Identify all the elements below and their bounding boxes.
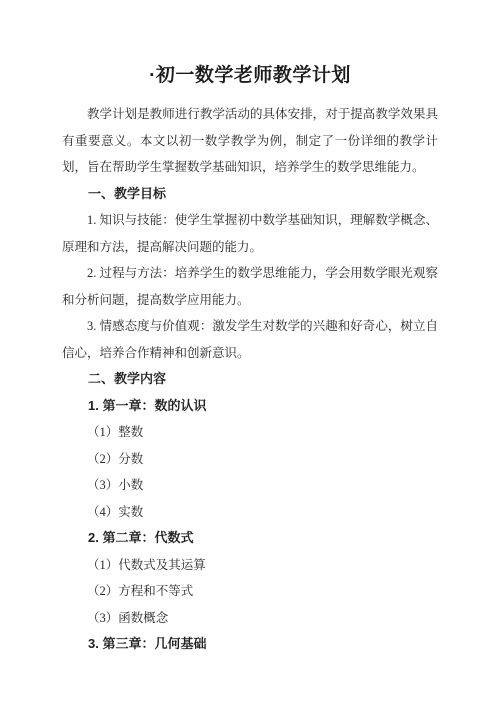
objective-line: 3. 情感态度与价值观：激发学生对数学的兴趣和好奇心，树立自 <box>62 313 438 340</box>
document-body: 教学计划是教师进行教学活动的具体安排，对于提高教学效果具 有重要意义。本文以初一… <box>62 101 438 658</box>
chapter-heading: 2. 第二章：代数式 <box>62 525 438 552</box>
list-item: （1）整数 <box>62 419 438 446</box>
objective-line: 1. 知识与技能：使学生掌握初中数学基础知识，理解数学概念、 <box>62 207 438 234</box>
objective-line: 信心，培养合作精神和创新意识。 <box>62 340 438 367</box>
objective-line: 原理和方法，提高解决问题的能力。 <box>62 234 438 261</box>
intro-line: 有重要意义。本文以初一数学教学为例，制定了一份详细的教学计 <box>62 128 438 155</box>
section-heading-content: 二、教学内容 <box>62 366 438 393</box>
section-heading-objectives: 一、教学目标 <box>62 181 438 208</box>
chapter-heading: 3. 第三章：几何基础 <box>62 631 438 658</box>
list-item: （4）实数 <box>62 499 438 526</box>
objective-line: 2. 过程与方法：培养学生的数学思维能力，学会用数学眼光观察 <box>62 260 438 287</box>
list-item: （3）函数概念 <box>62 605 438 632</box>
list-item: （1）代数式及其运算 <box>62 552 438 579</box>
intro-line: 划，旨在帮助学生掌握数学基础知识，培养学生的数学思维能力。 <box>62 154 438 181</box>
document-page: ·初一数学老师教学计划 教学计划是教师进行教学活动的具体安排，对于提高教学效果具… <box>0 0 500 707</box>
intro-line: 教学计划是教师进行教学活动的具体安排，对于提高教学效果具 <box>62 101 438 128</box>
list-item: （3）小数 <box>62 472 438 499</box>
chapter-heading: 1. 第一章：数的认识 <box>62 393 438 420</box>
list-item: （2）方程和不等式 <box>62 578 438 605</box>
objective-line: 和分析问题，提高数学应用能力。 <box>62 287 438 314</box>
list-item: （2）分数 <box>62 446 438 473</box>
document-title: ·初一数学老师教学计划 <box>62 62 438 89</box>
